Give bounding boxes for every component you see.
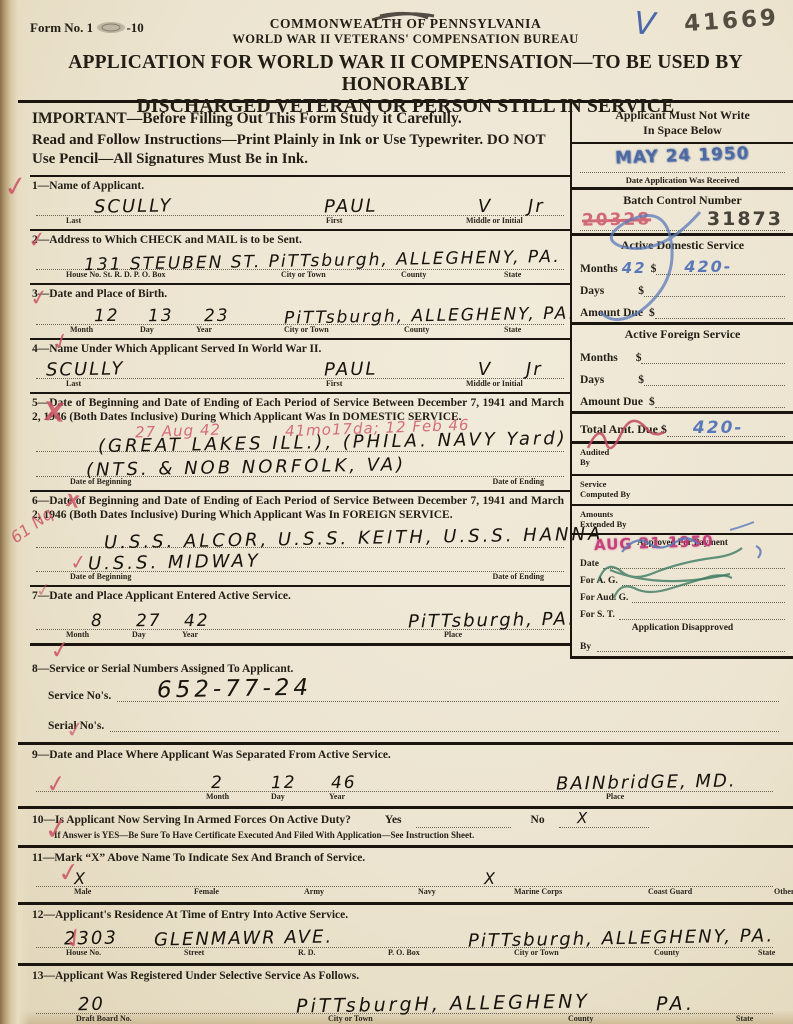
field-service-numbers: 8—Service or Serial Numbers Assigned To …: [18, 659, 793, 745]
sublabel-year: Year: [182, 630, 198, 639]
service-numbers-label: Service No's.: [48, 690, 111, 702]
sublabel-day: Day: [140, 325, 154, 334]
served-suffix: Jr: [526, 359, 543, 380]
for-ag-label: For A. G.: [580, 576, 618, 586]
batch-control-label: Batch Control Number: [580, 193, 785, 208]
batch-number-voided: 20328: [582, 209, 651, 230]
sublabel-date-ending: Date of Ending: [492, 477, 544, 486]
sublabel-date-ending: Date of Ending: [492, 572, 544, 581]
field9-label: 9—Date and Place Where Applicant Was Sep…: [32, 748, 779, 762]
sublabel-city: City or Town: [281, 270, 326, 279]
for-days-label: Days: [580, 374, 604, 386]
option-navy: Navy: [418, 887, 436, 896]
field-foreign-service: 6—Date of Beginning and Date of Ending o…: [30, 492, 570, 587]
birth-day: 13: [148, 305, 174, 325]
bureau-line: WORLD WAR II VETERANS' COMPENSATION BURE…: [18, 32, 793, 47]
extended-by-label2: Extended By: [580, 519, 785, 529]
for-aud-g-label: For Aud. G.: [580, 593, 628, 603]
field-separation: 9—Date and Place Where Applicant Was Sep…: [18, 745, 793, 808]
sublabel-county: County: [401, 270, 426, 279]
field1-label: 1—Name of Applicant.: [32, 179, 570, 193]
sublabel-day: Day: [271, 792, 285, 801]
no-label: No: [531, 813, 551, 827]
entry-year: 42: [184, 611, 210, 631]
separation-day: 12: [271, 773, 297, 793]
sublabel-month: Month: [206, 792, 229, 801]
dom-months-value: 42: [622, 259, 647, 277]
red-checkmark: ✓: [44, 769, 68, 800]
field10-label: 10—Is Applicant Now Serving In Armed For…: [32, 813, 357, 827]
sublabel-middle: Middle or Initial: [466, 216, 523, 225]
main-column: IMPORTANT—Before Filling Out This Form S…: [18, 103, 570, 659]
field3-label: 3—Date and Place of Birth.: [32, 287, 570, 301]
dom-days-label: Days: [580, 285, 604, 297]
field8-label: 8—Service or Serial Numbers Assigned To …: [32, 662, 779, 676]
selective-state: PA.: [656, 993, 695, 1016]
field2-label: 2—Address to Which CHECK and MAIL is to …: [32, 233, 570, 247]
form-title-line1: APPLICATION FOR WORLD WAR II COMPENSATIO…: [18, 52, 793, 96]
important-line3: Use Pencil—All Signatures Must Be in Ink…: [32, 150, 564, 169]
form-header: Form No. 1 -10 COMMONWEALTH OF PENNSYLVA…: [18, 0, 793, 100]
approved-date-stamp: AUG 21 1950: [594, 532, 714, 554]
field-sex-branch: 11—Mark “X” Above Name To Indicate Sex A…: [18, 848, 793, 905]
sublabel-city: City or Town: [514, 948, 559, 957]
no-answer-mark: X: [576, 809, 589, 827]
sublabel-first: First: [326, 216, 342, 225]
computed-by-label2: Computed By: [580, 489, 785, 499]
application-disapproved-label: Application Disapproved: [580, 623, 785, 633]
date-received-label: Date Application Was Received: [580, 173, 785, 185]
red-checkmark: ✓: [35, 579, 53, 602]
red-checkmark: ✓: [48, 635, 72, 666]
red-checkmark: ✓: [64, 717, 86, 744]
computed-by-label1: Service: [580, 479, 785, 489]
served-first-name: PAUL: [324, 359, 378, 381]
disapproved-by-label: By: [580, 642, 591, 652]
separation-month: 2: [211, 773, 224, 793]
red-checkmark: ✓: [26, 227, 48, 254]
dom-amount-value: 420-: [684, 257, 732, 276]
bureau-name: COMMONWEALTH OF PENNSYLVANIA WORLD WAR I…: [18, 16, 793, 47]
entry-month: 8: [91, 611, 104, 631]
sublabel-house: House No. St. R. D. P. O. Box: [66, 270, 166, 279]
entry-day: 27: [136, 611, 162, 631]
field6-label: 6—Date of Beginning and Date of Ending o…: [32, 494, 570, 523]
commonwealth-line: COMMONWEALTH OF PENNSYLVANIA: [18, 16, 793, 32]
blue-check-mark: V: [633, 5, 657, 42]
sublabel-year: Year: [196, 325, 212, 334]
field-entered-active-service: 7—Date and Place Applicant Entered Activ…: [30, 587, 570, 646]
option-army: Army: [304, 887, 324, 896]
birth-year: 23: [204, 305, 230, 325]
option-male: Male: [74, 887, 91, 896]
sublabel-city: City or Town: [284, 325, 329, 334]
office-use-column: Applicant Must Not Write In Space Below …: [570, 103, 793, 659]
served-last-name: SCULLY: [46, 358, 125, 380]
for-amount-due-label: Amount Due: [580, 396, 643, 408]
batch-number-stamp: 31873: [707, 208, 783, 230]
field-active-duty-question: 10—Is Applicant Now Serving In Armed For…: [18, 809, 793, 848]
sublabel-last: Last: [66, 379, 81, 388]
sublabel-state: State: [736, 1014, 753, 1023]
sublabel-city: City or Town: [328, 1014, 373, 1023]
dom-amount-due-label: Amount Due: [580, 307, 643, 319]
field-domestic-service: 5—Date of Beginning and Date of Ending o…: [30, 394, 570, 492]
sublabel-rd: R. D.: [298, 948, 316, 957]
field7-label: 7—Date and Place Applicant Entered Activ…: [32, 589, 570, 603]
field4-label: 4—Name Under Which Applicant Served In W…: [32, 342, 570, 356]
field13-label: 13—Applicant Was Registered Under Select…: [32, 969, 779, 983]
domestic-service-title: Active Domestic Service: [580, 238, 785, 253]
foreign-service-title: Active Foreign Service: [580, 327, 785, 342]
option-female: Female: [194, 887, 219, 896]
sublabel-draft-board: Draft Board No.: [76, 1014, 132, 1023]
total-amount-value: 420-: [693, 418, 744, 438]
dom-months-label: Months: [580, 263, 618, 275]
extended-by-label1: Amounts: [580, 509, 785, 519]
option-other: Other—Describe: [774, 887, 793, 896]
field11-label: 11—Mark “X” Above Name To Indicate Sex A…: [32, 851, 779, 865]
field-birth-date-place: 3—Date and Place of Birth. 12 13 23 PiTT…: [30, 285, 570, 339]
sublabel-day: Day: [132, 630, 146, 639]
red-checkmark: ✓: [2, 169, 30, 205]
sublabel-first: First: [326, 379, 342, 388]
separation-place: BAINbridGE, MD.: [556, 770, 737, 794]
sublabel-state: State: [504, 270, 521, 279]
field-name-served-under: 4—Name Under Which Applicant Served In W…: [30, 340, 570, 394]
sublabel-county: County: [404, 325, 429, 334]
sublabel-middle: Middle or Initial: [466, 379, 523, 388]
sublabel-street: Street: [184, 948, 204, 957]
audited-by-label2: By: [580, 457, 785, 467]
red-checkmark: ✓: [42, 810, 72, 848]
scanned-form-page: Form No. 1 -10 COMMONWEALTH OF PENNSYLVA…: [0, 0, 793, 1024]
approval-date-label: Date: [580, 559, 599, 569]
applicant-middle-initial: V: [478, 196, 493, 217]
draft-board-no: 20: [78, 994, 105, 1015]
sublabel-date-beginning: Date of Beginning: [70, 477, 131, 486]
separation-year: 46: [331, 773, 357, 793]
field-mailing-address: 2—Address to Which CHECK and MAIL is to …: [30, 231, 570, 285]
navy-x-mark: X: [484, 869, 497, 888]
yes-label: Yes: [385, 813, 408, 827]
service-number-value: 652-77-24: [157, 675, 312, 704]
sublabel-county: County: [654, 948, 679, 957]
sublabel-last: Last: [66, 216, 81, 225]
option-coast-guard: Coast Guard: [648, 887, 692, 896]
birth-month: 12: [94, 305, 120, 325]
foreign-service-line2: U.S.S. MIDWAY: [88, 550, 261, 574]
sublabel-county: County: [568, 1014, 593, 1023]
no-write-line1: Applicant Must Not Write: [580, 108, 785, 123]
important-line2: Read and Follow Instructions—Print Plain…: [32, 131, 564, 150]
total-amount-label: Total Amt. Due $: [580, 422, 667, 437]
sublabel-place: Place: [606, 792, 624, 801]
field5-label: 5—Date of Beginning and Date of Ending o…: [32, 396, 570, 425]
field-name-of-applicant: 1—Name of Applicant. SCULLY PAUL V Jr La…: [30, 177, 570, 231]
field12-label: 12—Applicant's Residence At Time of Entr…: [32, 908, 779, 922]
applicant-last-name: SCULLY: [94, 195, 173, 217]
entry-place: PiTTsburgh, PA.: [408, 608, 576, 632]
sublabel-state: State: [504, 325, 521, 334]
no-write-line2: In Space Below: [580, 123, 785, 138]
residence-street: GLENMAWR AVE.: [154, 926, 334, 950]
sublabel-month: Month: [66, 630, 89, 639]
field10-note: If Answer is YES—Be Sure To Have Certifi…: [54, 830, 779, 840]
for-months-label: Months: [580, 352, 618, 364]
for-st-label: For S. T.: [580, 610, 615, 620]
applicant-suffix: Jr: [528, 196, 545, 217]
option-marine-corps: Marine Corps: [514, 887, 562, 896]
red-checkmark: ✓: [68, 549, 88, 575]
sublabel-month: Month: [70, 325, 93, 334]
field-residence-at-entry: 12—Applicant's Residence At Time of Entr…: [18, 905, 793, 965]
audited-by-label1: Audited: [580, 447, 785, 457]
red-checkmark: ✓: [56, 857, 82, 890]
red-x-mark: X: [42, 397, 65, 429]
sublabel-state: State: [758, 948, 775, 957]
date-received-stamp: MAY 24 1950: [615, 144, 750, 169]
sublabel-year: Year: [329, 792, 345, 801]
applicant-first-name: PAUL: [324, 195, 378, 217]
sublabel-place: Place: [444, 630, 462, 639]
sublabel-po-box: P. O. Box: [388, 948, 420, 957]
served-middle-initial: V: [478, 359, 493, 380]
field-selective-service: 13—Applicant Was Registered Under Select…: [18, 966, 793, 1024]
red-checkmark: ✓: [28, 285, 50, 312]
